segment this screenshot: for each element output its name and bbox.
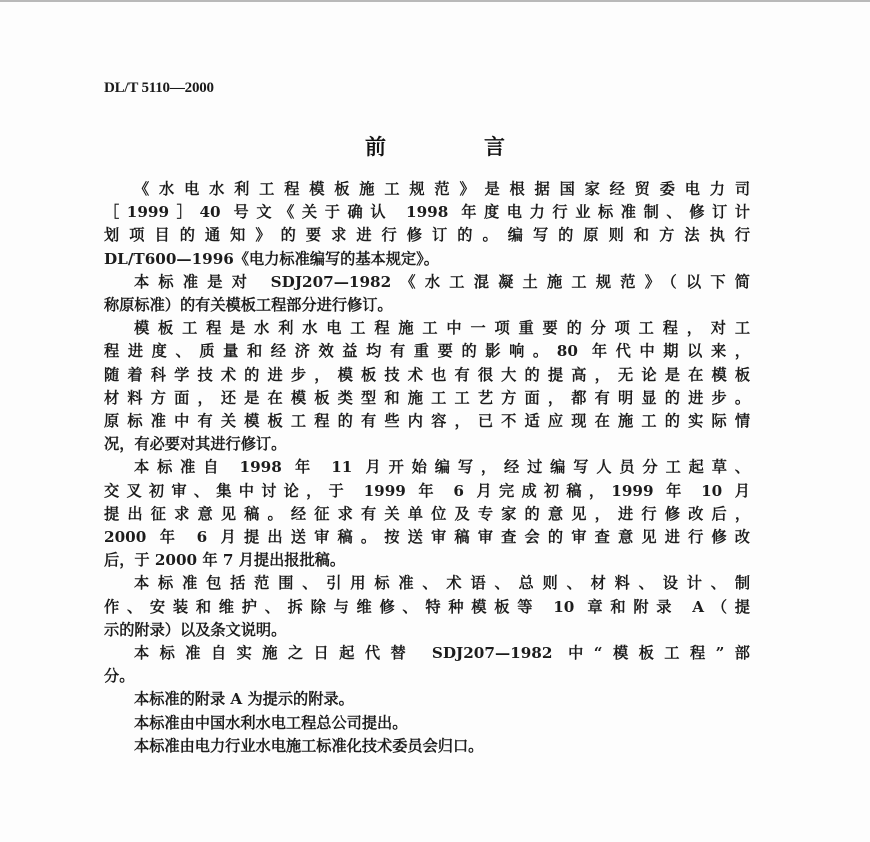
standard-number: DL/T 5110—2000	[104, 80, 214, 97]
paragraph-line: 模板工程是水利水电工程施工中一项重要的分项工程，对工	[104, 317, 750, 340]
paragraph-line: 2000 年 6 月提出送审稿。按送审稿审查会的审查意见进行修改	[104, 526, 750, 549]
paragraph-2: 本标准是对 SDJ207—1982《水工混凝土施工规范》（以下简 称原标准）的有…	[104, 271, 750, 317]
page-title: 前 言	[365, 131, 505, 161]
paragraph-line: 本标准自 1998 年 11 月开始编写，经过编写人员分工起草、	[104, 456, 750, 479]
paragraph-4: 本标准自 1998 年 11 月开始编写，经过编写人员分工起草、 交叉初审、集中…	[104, 456, 750, 572]
paragraph-line: DL/T600—1996《电力标准编写的基本规定》。	[104, 248, 750, 271]
paragraph-line: 本标准由电力行业水电施工标准化技术委员会归口。	[104, 735, 750, 758]
top-border	[0, 0, 870, 2]
paragraph-line: 本标准包括范围、引用标准、术语、总则、材料、设计、制	[104, 572, 750, 595]
paragraph-line: 分。	[104, 665, 750, 688]
paragraph-line: 随着科学技术的进步，模板技术也有很大的提高，无论是在模板	[104, 364, 750, 387]
paragraph-5: 本标准包括范围、引用标准、术语、总则、材料、设计、制 作、安装和维护、拆除与维修…	[104, 572, 750, 642]
paragraph-line: 程进度、质量和经济效益均有重要的影响。80 年代中期以来，	[104, 340, 750, 363]
page-title-char-1: 前	[365, 131, 386, 161]
paragraph-line: 本标准的附录 A 为提示的附录。	[104, 688, 750, 711]
paragraph-line: 称原标准）的有关模板工程部分进行修订。	[104, 294, 750, 317]
paragraph-line: 本标准是对 SDJ207—1982《水工混凝土施工规范》（以下简	[104, 271, 750, 294]
paragraph-line: 提出征求意见稿。经征求有关单位及专家的意见，进行修改后，	[104, 503, 750, 526]
paragraph-line: 交叉初审、集中讨论，于 1999 年 6 月完成初稿，1999 年 10 月	[104, 480, 750, 503]
paragraph-7: 本标准的附录 A 为提示的附录。	[104, 688, 750, 711]
paragraph-8: 本标准由中国水利水电工程总公司提出。	[104, 712, 750, 735]
paragraph-line: 材料方面，还是在模板类型和施工工艺方面，都有明显的进步。	[104, 387, 750, 410]
paragraph-line: 后，于 2000 年 7 月提出报批稿。	[104, 549, 750, 572]
paragraph-line: 本标准自实施之日起代替 SDJ207—1982 中“模板工程”部	[104, 642, 750, 665]
paragraph-9: 本标准由电力行业水电施工标准化技术委员会归口。	[104, 735, 750, 758]
paragraph-line: 作、安装和维护、拆除与维修、特种模板等 10 章和附录 A（提	[104, 596, 750, 619]
paragraph-line: 划项目的通知》的要求进行修订的。编写的原则和方法执行	[104, 224, 750, 247]
paragraph-line: ［1999］40 号文《关于确认 1998 年度电力行业标准制、修订计	[104, 201, 750, 224]
paragraph-1: 《水电水利工程模板施工规范》是根据国家经贸委电力司 ［1999］40 号文《关于…	[104, 178, 750, 271]
paragraph-line: 《水电水利工程模板施工规范》是根据国家经贸委电力司	[104, 178, 750, 201]
page-title-char-2: 言	[484, 131, 505, 161]
paragraph-line: 本标准由中国水利水电工程总公司提出。	[104, 712, 750, 735]
paragraph-line: 示的附录）以及条文说明。	[104, 619, 750, 642]
paragraph-3: 模板工程是水利水电工程施工中一项重要的分项工程，对工 程进度、质量和经济效益均有…	[104, 317, 750, 456]
paragraph-6: 本标准自实施之日起代替 SDJ207—1982 中“模板工程”部 分。	[104, 642, 750, 688]
paragraph-line: 况，有必要对其进行修订。	[104, 433, 750, 456]
foreword-body: 《水电水利工程模板施工规范》是根据国家经贸委电力司 ［1999］40 号文《关于…	[104, 178, 750, 758]
paragraph-line: 原标准中有关模板工程的有些内容，已不适应现在施工的实际情	[104, 410, 750, 433]
